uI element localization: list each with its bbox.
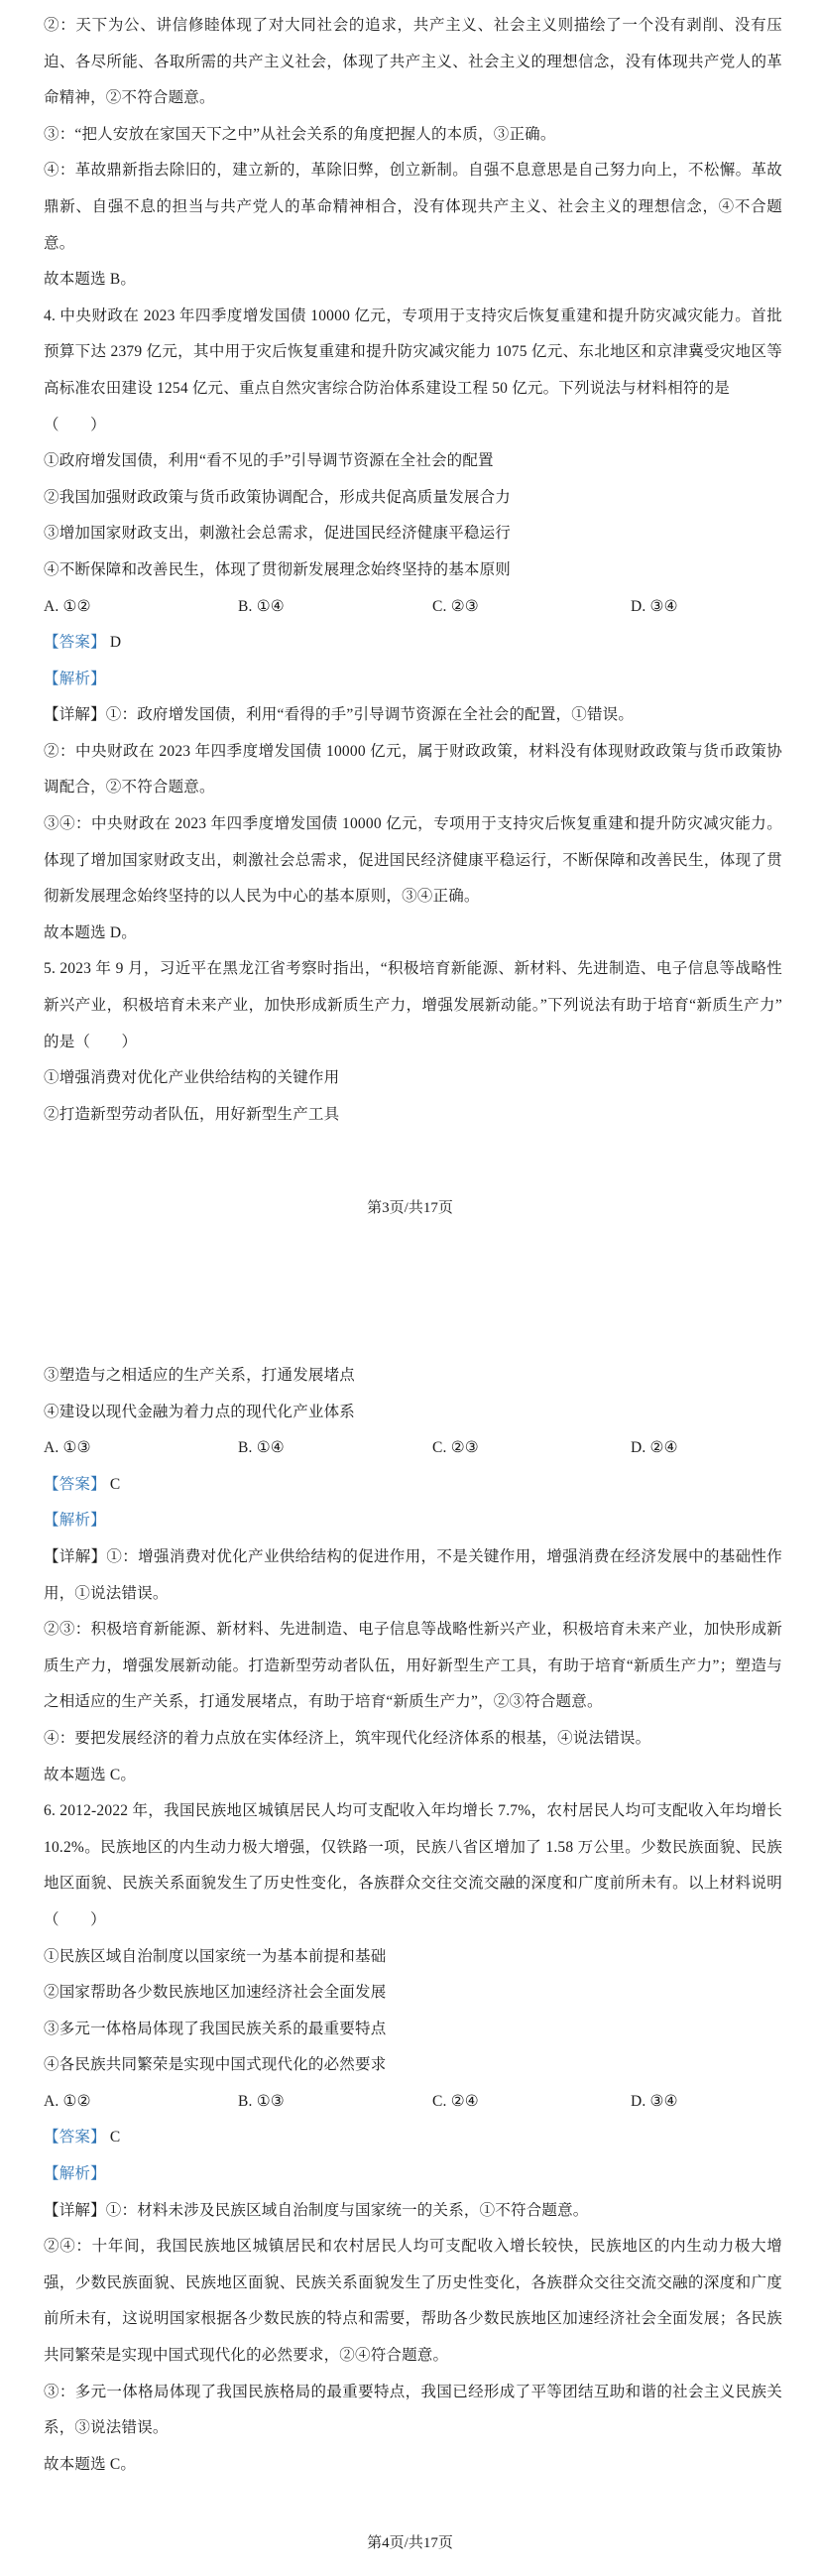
question-4-item-3: ③增加国家财政支出，刺激社会总需求，促进国民经济健康平稳运行 (44, 516, 782, 552)
question-5-item-3: ③塑造与之相适应的生产关系，打通发展堵点 (44, 1358, 782, 1395)
analysis-line: 【解析】 (44, 662, 782, 698)
question-6-item-4: ④各民族共同繁荣是实现中国式现代化的必然要求 (44, 2047, 782, 2084)
answer-label: 【答案】 (44, 2129, 106, 2146)
question-4-options: A. ①②B. ①④C. ②③D. ③④ (44, 589, 782, 626)
document: ②：天下为公、讲信修睦体现了对大同社会的追求，共产主义、社会主义则描绘了一个没有… (0, 0, 820, 2576)
question-4-item-1: ①政府增发国债，利用“看不见的手”引导调节资源在全社会的配置 (44, 443, 782, 480)
detail-q4-point-1: 【详解】①：政府增发国债，利用“看得的手”引导调节资源在全社会的配置，①错误。 (44, 697, 782, 734)
page-4-content: ③塑造与之相适应的生产关系，打通发展堵点④建设以现代金融为着力点的现代化产业体系… (0, 1358, 820, 2483)
explanation-point-3: ③：“把人安放在家国天下之中”从社会关系的角度把握人的本质，③正确。 (44, 117, 782, 154)
detail-q6-point-24: ②④：十年间，我国民族地区城镇居民和农村居民人均可支配收入增长较快，民族地区的内… (44, 2229, 782, 2374)
detail-q5-point-4: ④：要把发展经济的着力点放在实体经济上，筑牢现代化经济体系的根基，④说法错误。 (44, 1721, 782, 1758)
analysis-label: 【解析】 (44, 671, 106, 687)
analysis-line: 【解析】 (44, 2156, 782, 2193)
detail-q4-point-2: ②：中央财政在 2023 年四季度增发国债 10000 亿元，属于财政政策，材料… (44, 734, 782, 806)
question-6-options: A. ①②B. ①③C. ②④D. ③④ (44, 2084, 782, 2121)
option-a: A. ①② (44, 589, 238, 626)
analysis-line: 【解析】 (44, 1503, 782, 1539)
option-a: A. ①③ (44, 1430, 238, 1467)
answer-line: 【答案】D (44, 625, 782, 662)
question-5-item-2: ②打造新型劳动者队伍，用好新型生产工具 (44, 1097, 782, 1134)
answer-value: C (110, 1476, 121, 1493)
detail-q4-point-34: ③④：中央财政在 2023 年四季度增发国债 10000 亿元，专项用于支持灾后… (44, 806, 782, 916)
explanation-point-4: ④：革故鼎新指去除旧的，建立新的，革除旧弊，创立新制。自强不息意思是自己努力向上… (44, 153, 782, 262)
question-4-stem: 4. 中央财政在 2023 年四季度增发国债 10000 亿元，专项用于支持灾后… (44, 299, 782, 408)
option-d: D. ②④ (631, 1430, 782, 1467)
question-6-stem: 6. 2012-2022 年，我国民族地区城镇居民人均可支配收入年均增长 7.7… (44, 1793, 782, 1938)
detail-q6-point-1: 【详解】①：材料未涉及民族区域自治制度与国家统一的关系，①不符合题意。 (44, 2193, 782, 2230)
option-b: B. ①④ (238, 1430, 432, 1467)
option-c: C. ②③ (432, 1430, 631, 1467)
question-5-options: A. ①③B. ①④C. ②③D. ②④ (44, 1430, 782, 1467)
answer-value: D (110, 634, 121, 651)
option-a: A. ①② (44, 2084, 238, 2121)
page-3-content: ②：天下为公、讲信修睦体现了对大同社会的追求，共产主义、社会主义则描绘了一个没有… (0, 0, 820, 1133)
explanation-point-2: ②：天下为公、讲信修睦体现了对大同社会的追求，共产主义、社会主义则描绘了一个没有… (44, 8, 782, 117)
question-4-item-4: ④不断保障和改善民生，体现了贯彻新发展理念始终坚持的基本原则 (44, 552, 782, 589)
option-c: C. ②④ (432, 2084, 631, 2121)
question-5-item-1: ①增强消费对优化产业供给结构的关键作用 (44, 1060, 782, 1097)
analysis-label: 【解析】 (44, 1512, 106, 1529)
question-6-item-3: ③多元一体格局体现了我国民族关系的最重要特点 (44, 2012, 782, 2048)
question-6-item-1: ①民族区域自治制度以国家统一为基本前提和基础 (44, 1939, 782, 1976)
question-5-stem: 5. 2023 年 9 月，习近平在黑龙江省考察时指出，“积极培育新能源、新材料… (44, 951, 782, 1060)
answer-value: C (110, 2129, 121, 2146)
detail-q6-point-3: ③：多元一体格局体现了我国民族格局的最重要特点，我国已经形成了平等团结互助和谐的… (44, 2375, 782, 2447)
conclusion-line: 故本题选 D。 (44, 916, 782, 952)
answer-label: 【答案】 (44, 634, 106, 651)
page-4-footer: 第4页/共17页 (0, 2525, 820, 2562)
option-c: C. ②③ (432, 589, 631, 626)
question-5-item-4: ④建设以现代金融为着力点的现代化产业体系 (44, 1395, 782, 1431)
conclusion-line: 故本题选 C。 (44, 1758, 782, 1794)
option-d: D. ③④ (631, 2084, 782, 2121)
option-b: B. ①③ (238, 2084, 432, 2121)
option-b: B. ①④ (238, 589, 432, 626)
page-3-footer: 第3页/共17页 (0, 1190, 820, 1227)
answer-line: 【答案】C (44, 2120, 782, 2156)
analysis-label: 【解析】 (44, 2165, 106, 2182)
conclusion-line: 故本题选 C。 (44, 2447, 782, 2484)
detail-q5-point-23: ②③：积极培育新能源、新材料、先进制造、电子信息等战略性新兴产业，积极培育未来产… (44, 1612, 782, 1721)
detail-q5-point-1: 【详解】①：增强消费对优化产业供给结构的促进作用，不是关键作用，增强消费在经济发… (44, 1539, 782, 1612)
option-d: D. ③④ (631, 589, 782, 626)
question-4-bracket: （ ） (44, 408, 782, 444)
conclusion-line: 故本题选 B。 (44, 262, 782, 299)
question-4-item-2: ②我国加强财政政策与货币政策协调配合，形成共促高质量发展合力 (44, 480, 782, 517)
question-6-item-2: ②国家帮助各少数民族地区加速经济社会全面发展 (44, 1975, 782, 2012)
answer-label: 【答案】 (44, 1476, 106, 1493)
answer-line: 【答案】C (44, 1467, 782, 1504)
